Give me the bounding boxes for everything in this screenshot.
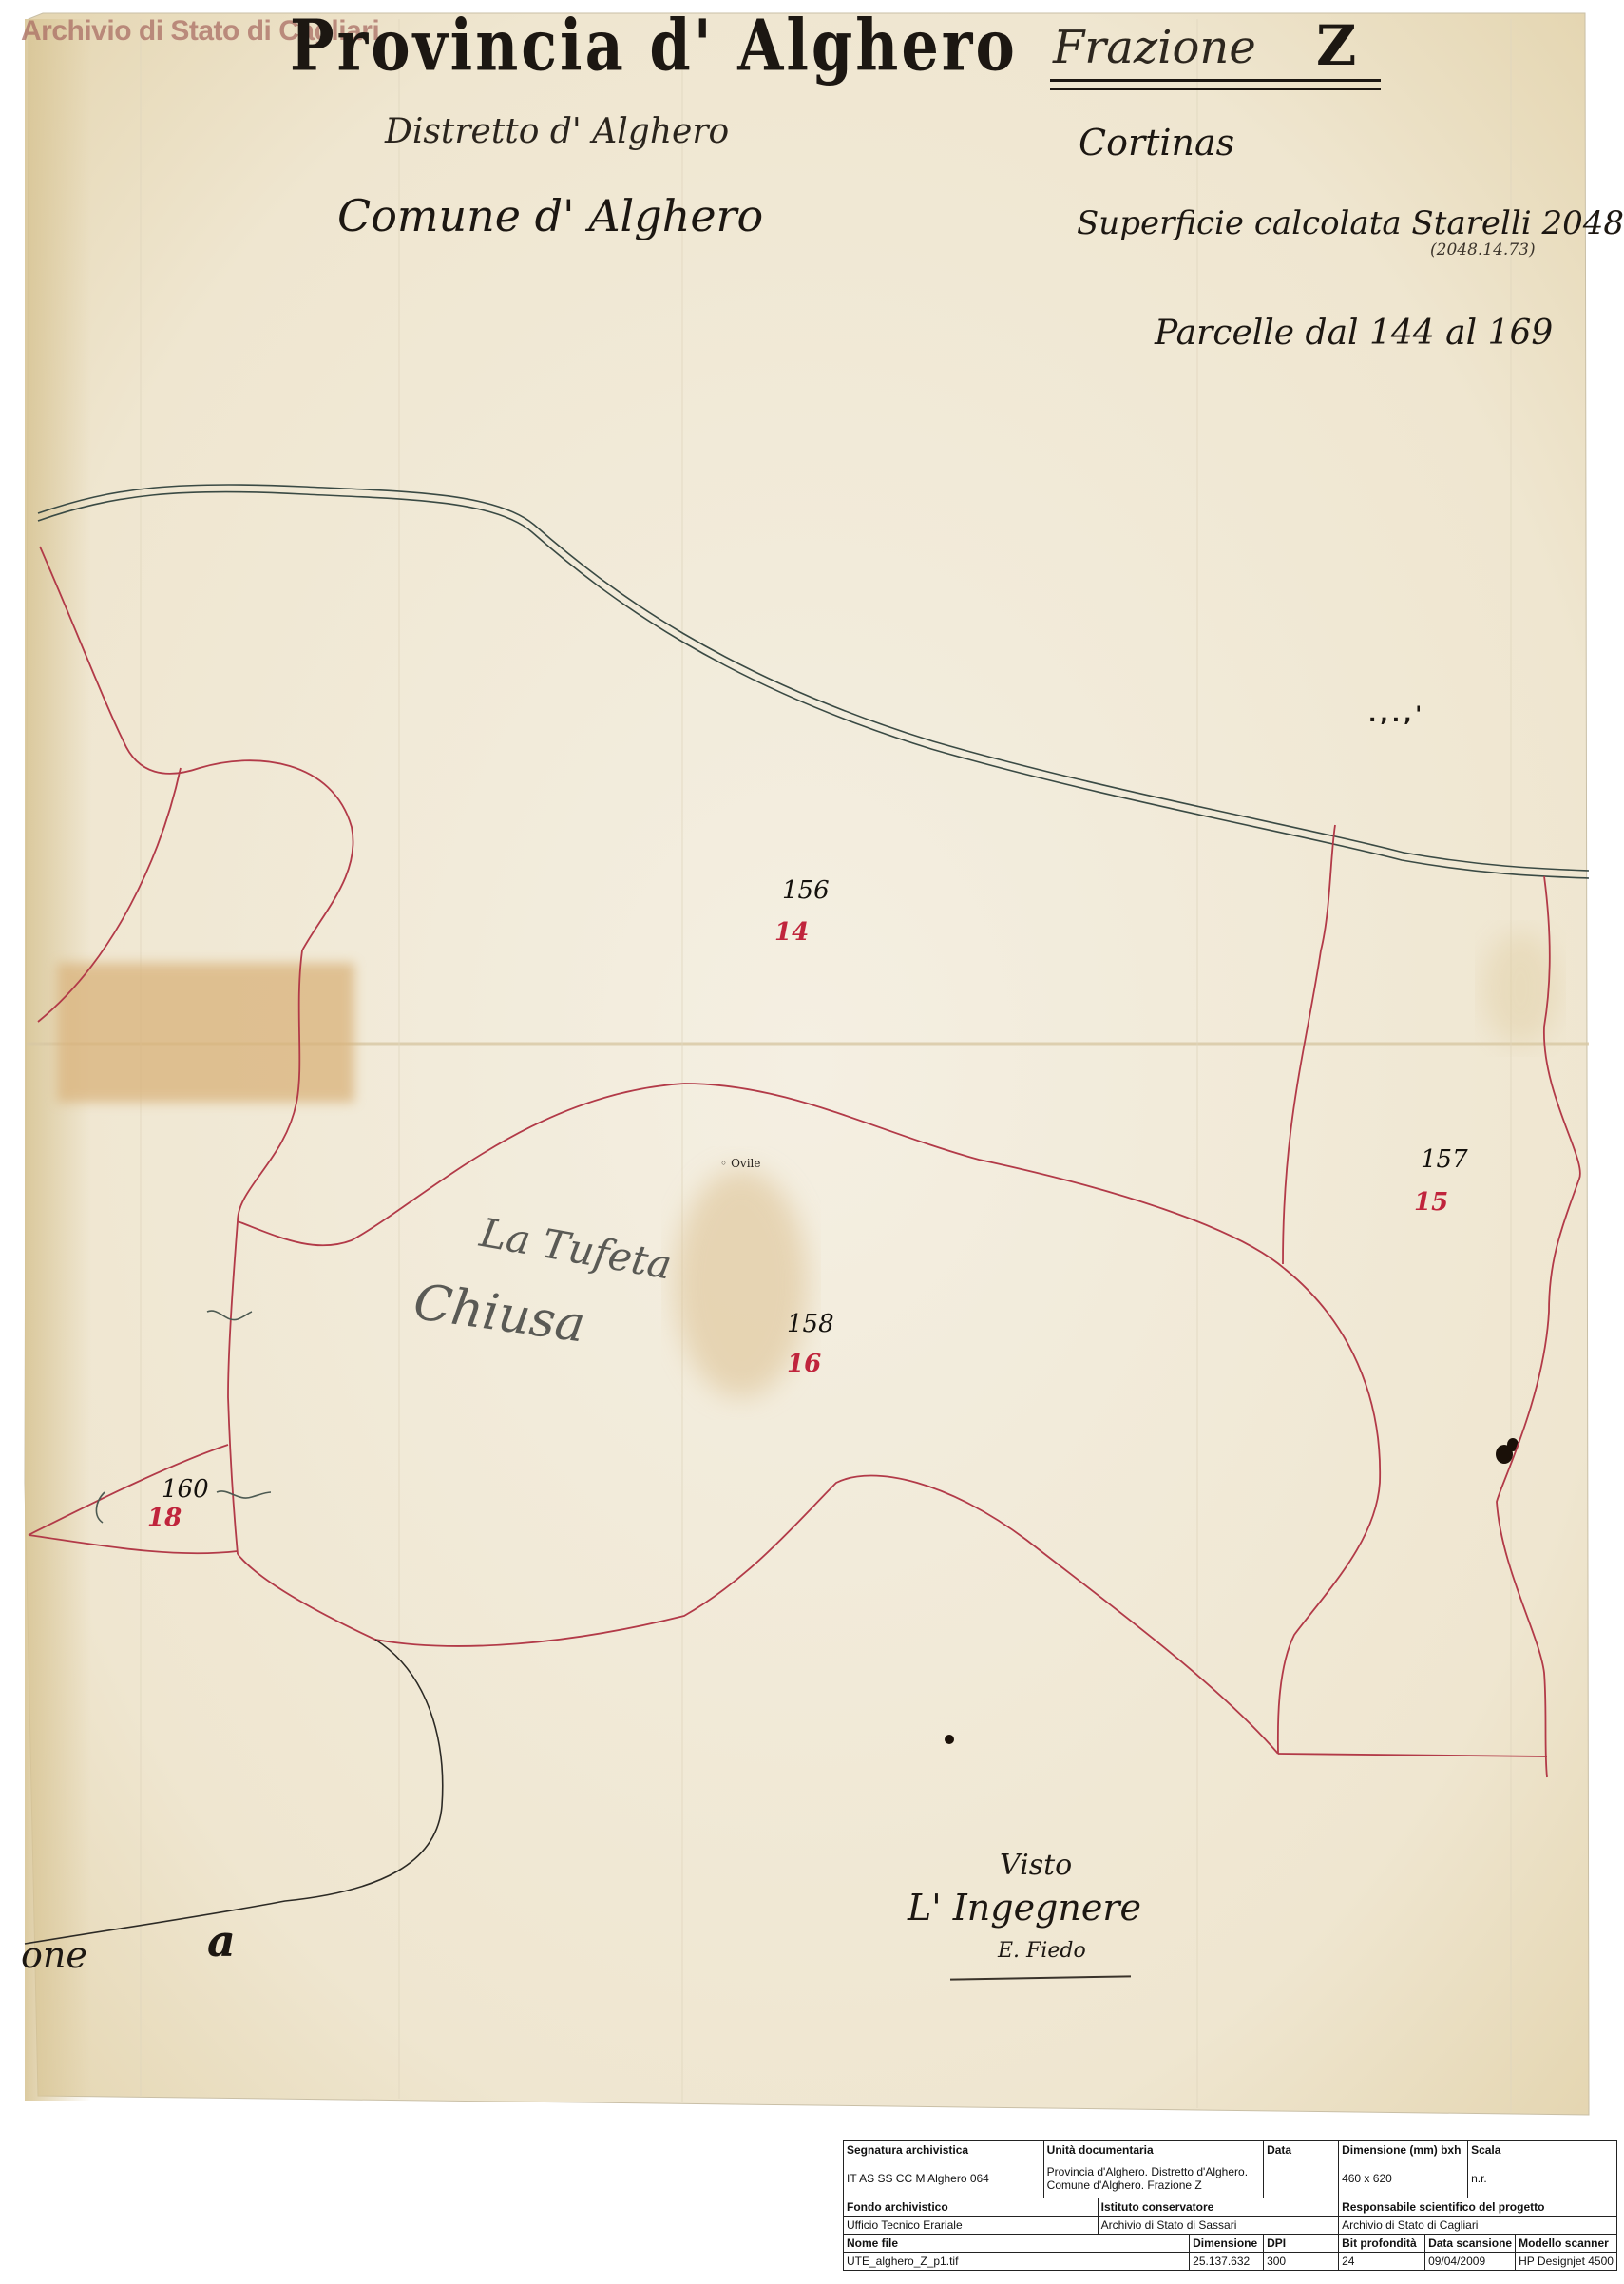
header-data-scansione: Data scansione (1425, 2235, 1516, 2253)
value-modello-scanner: HP Designjet 4500 (1516, 2253, 1617, 2271)
metadata-header-row: Segnatura archivistica Unità documentari… (844, 2141, 1617, 2159)
metadata-header-row: Nome file Dimensione DPI Bit profondità … (844, 2235, 1617, 2253)
edge-fragment-word: one (21, 1934, 87, 1976)
header-dimensione-mm: Dimensione (mm) bxh (1339, 2141, 1468, 2159)
archive-metadata-table: Segnatura archivistica Unità documentari… (843, 2140, 1617, 2271)
value-bit: 24 (1339, 2253, 1425, 2271)
frazione-double-underline (1050, 79, 1381, 90)
value-data-scansione: 09/04/2009 (1425, 2253, 1516, 2271)
parcel-number: 160 (162, 1475, 209, 1504)
frazione-letter: Z (1316, 13, 1356, 78)
header-dpi: DPI (1264, 2235, 1339, 2253)
district-label: Distretto d' Alghero (385, 112, 729, 151)
value-unita: Provincia d'Alghero. Distretto d'Alghero… (1043, 2159, 1263, 2198)
value-dimensione: 25.137.632 (1190, 2253, 1264, 2271)
calculated-area: Superficie calcolata Starelli 2048.14 (1077, 204, 1624, 242)
header-unita: Unità documentaria (1043, 2141, 1263, 2159)
edge-letter: a (207, 1915, 236, 1967)
ovile-marker: Ovile (720, 1157, 760, 1170)
signature-title: L' Ingegnere (908, 1887, 1141, 1929)
parcel-number: 158 (787, 1310, 834, 1338)
parcel-sub-number: 14 (774, 918, 809, 947)
header-scala: Scala (1468, 2141, 1617, 2159)
map-title: Provincia d' Alghero (290, 4, 1018, 87)
metadata-header-row: Fondo archivistico Istituto conservatore… (844, 2198, 1617, 2217)
header-fondo: Fondo archivistico (844, 2198, 1099, 2217)
header-istituto: Istituto conservatore (1098, 2198, 1338, 2217)
value-dimensione-mm: 460 x 620 (1339, 2159, 1468, 2198)
value-dpi: 300 (1264, 2253, 1339, 2271)
header-bit: Bit profondità (1339, 2235, 1425, 2253)
metadata-value-row: UTE_alghero_Z_p1.tif 25.137.632 300 24 0… (844, 2253, 1617, 2271)
comune-label: Comune d' Alghero (337, 190, 763, 241)
value-scala: n.r. (1468, 2159, 1617, 2198)
value-segnatura: IT AS SS CC M Alghero 064 (844, 2159, 1044, 2198)
parcel-sub-number: 15 (1414, 1188, 1448, 1217)
scanned-map-sheet: Archivio di Stato di Cagliari Provincia … (0, 0, 1624, 2129)
header-responsabile: Responsabile scientifico del progetto (1339, 2198, 1617, 2217)
header-nome-file: Nome file (844, 2235, 1190, 2253)
parcel-number: 157 (1421, 1145, 1468, 1174)
parcel-range: Parcelle dal 144 al 169 (1155, 314, 1553, 353)
calculated-area-note: (2048.14.73) (1430, 240, 1536, 259)
tape-stain (57, 963, 354, 1103)
metadata-value-row: Ufficio Tecnico Erariale Archivio di Sta… (844, 2217, 1617, 2235)
locality-name: Cortinas (1079, 122, 1234, 163)
metadata-value-row: IT AS SS CC M Alghero 064 Provincia d'Al… (844, 2159, 1617, 2198)
signature-name: E. Fiedo (998, 1939, 1086, 1963)
value-istituto: Archivio di Stato di Sassari (1098, 2217, 1338, 2235)
header-dimensione: Dimensione (1190, 2235, 1264, 2253)
value-fondo: Ufficio Tecnico Erariale (844, 2217, 1099, 2235)
parcel-sub-number: 18 (147, 1504, 182, 1532)
parcel-number: 156 (782, 876, 830, 905)
header-segnatura: Segnatura archivistica (844, 2141, 1044, 2159)
header-modello-scanner: Modello scanner (1516, 2235, 1617, 2253)
value-data (1264, 2159, 1339, 2198)
signature-visto: Visto (1000, 1849, 1072, 1882)
parcel-sub-number: 16 (787, 1350, 821, 1378)
frazione-label: Frazione (1053, 21, 1256, 74)
value-responsabile: Archivio di Stato di Cagliari (1339, 2217, 1617, 2235)
margin-mark: .,.,' (1368, 703, 1425, 727)
header-data: Data (1264, 2141, 1339, 2159)
value-nome-file: UTE_alghero_Z_p1.tif (844, 2253, 1190, 2271)
